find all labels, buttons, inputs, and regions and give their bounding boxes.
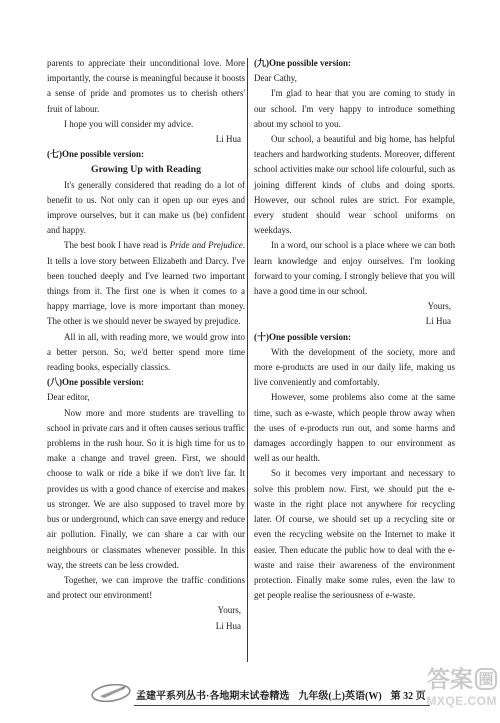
footer-info: 孟建平系列丛书·各地期末试卷精选九年级(上)英语(W)第 32 页 — [134, 686, 430, 706]
paragraph-text: The best book I have read is — [64, 240, 170, 250]
signature: Yours, — [254, 299, 455, 314]
signature: Li Hua — [254, 314, 455, 329]
watermark-site-url: MXQE.COM — [426, 694, 497, 708]
pencil-swoosh-icon — [90, 680, 132, 711]
section-heading-10: (十)One possible version: — [254, 330, 455, 345]
paragraph: I'm glad to hear that you are coming to … — [254, 86, 455, 132]
page-footer: 孟建平系列丛书·各地期末试卷精选九年级(上)英语(W)第 32 页 — [90, 680, 430, 711]
right-column: (九)One possible version: Dear Cathy, I'm… — [254, 56, 455, 603]
paragraph: All in all, with reading more, we would … — [47, 330, 245, 376]
answer-site-watermark: 答案 圈 MXQE.COM — [426, 666, 497, 708]
paragraph-text: . It tells a love story between Elizabet… — [47, 240, 245, 326]
essay-title: Growing Up with Reading — [47, 162, 245, 177]
paragraph: The best book I have read is Pride and P… — [47, 238, 245, 329]
watermark-circle-icon: 圈 — [475, 668, 497, 690]
page-number: 第 32 页 — [391, 691, 426, 702]
section-heading-7: (七)One possible version: — [47, 147, 245, 162]
textbook-answer-page: parents to appreciate their unconditiona… — [0, 0, 500, 723]
paragraph: In a word, our school is a place where w… — [254, 238, 455, 299]
watermark-logo-text: 答案 — [427, 666, 473, 692]
paragraph: With the development of the society, mor… — [254, 345, 455, 391]
salutation: Dear Cathy, — [254, 71, 455, 86]
paragraph: Together, we can improve the traffic con… — [47, 573, 245, 603]
paragraph: It's generally considered that reading d… — [47, 178, 245, 239]
signature: Li Hua — [47, 619, 245, 634]
paragraph: So it becomes very important and necessa… — [254, 466, 455, 603]
book-title-italic: Pride and Prejudice — [170, 240, 243, 250]
signature: Yours, — [47, 603, 245, 618]
series-title: 孟建平系列丛书·各地期末试卷精选 — [136, 691, 289, 702]
salutation: Dear editor, — [47, 390, 245, 405]
paragraph: However, some problems also come at the … — [254, 390, 455, 466]
watermark-logo: 答案 圈 — [426, 666, 497, 692]
grade-subject: 九年级(上)英语(W) — [298, 691, 381, 702]
paragraph: I hope you will consider my advice. — [47, 117, 245, 132]
left-column: parents to appreciate their unconditiona… — [47, 56, 245, 634]
paragraph: Our school, a beautiful and big home, ha… — [254, 132, 455, 238]
paragraph-continuation: parents to appreciate their unconditiona… — [47, 56, 245, 117]
section-heading-9: (九)One possible version: — [254, 56, 455, 71]
signature: Li Hua — [47, 132, 245, 147]
column-divider — [247, 58, 248, 662]
section-heading-8: (八)One possible version: — [47, 375, 245, 390]
paragraph: Now more and more students are travellin… — [47, 406, 245, 573]
